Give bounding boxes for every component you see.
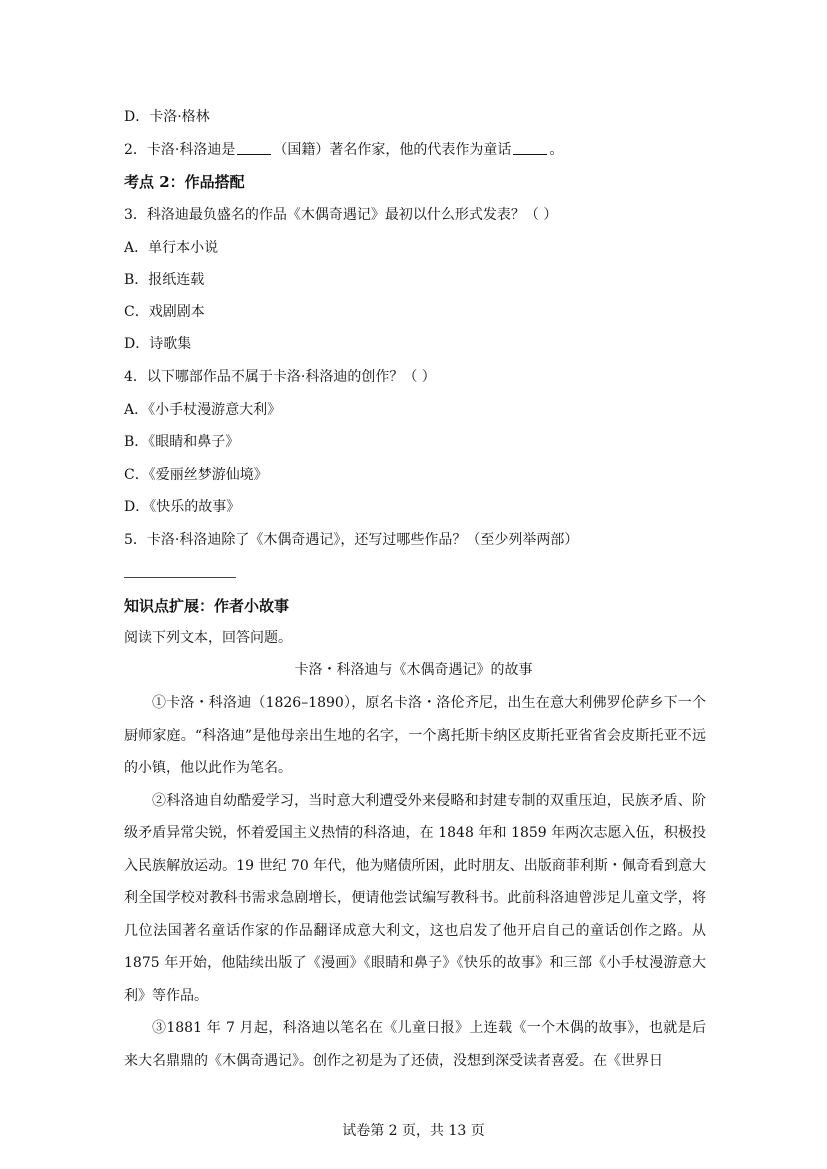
- q2-blank-nationality[interactable]: [237, 140, 271, 155]
- section-divider: [124, 577, 236, 578]
- q2-fill-blank: 2．卡洛·科洛迪是（国籍）著名作家，他的代表作为童话。: [124, 140, 563, 160]
- page-footer: 试卷第 2 页，共 13 页: [0, 1121, 827, 1141]
- article-body: ①卡洛・科洛迪（1826–1890），原名卡洛・洛伦齐尼，出生在意大利佛罗伦萨乡…: [124, 687, 706, 1077]
- section-heading-works: 考点 2：作品搭配: [124, 172, 245, 192]
- article-title: 卡洛・科洛迪与《木偶奇遇记》的故事: [0, 660, 827, 680]
- q2-suffix: 。: [549, 142, 563, 158]
- q3-option-b[interactable]: B．报纸连载: [124, 270, 204, 290]
- q4-option-b[interactable]: B．《眼睛和鼻子》: [124, 432, 239, 452]
- q2-prefix: 2．卡洛·科洛迪是: [124, 142, 235, 158]
- q5-question: 5．卡洛·科洛迪除了《木偶奇遇记》，还写过哪些作品？（至少列举两部）: [124, 530, 578, 550]
- q2-blank-work[interactable]: [513, 140, 547, 155]
- q4-question: 4．以下哪部作品不属于卡洛·科洛迪的创作？（ ）: [124, 367, 436, 387]
- q1-option-d: D．卡洛·格林: [124, 107, 210, 127]
- q3-question: 3．科洛迪最负盛名的作品《木偶奇遇记》最初以什么形式发表？（ ）: [124, 205, 557, 225]
- article-paragraph-2: ②科洛迪自幼酷爱学习，当时意大利遭受外来侵略和封建专制的双重压迫，民族矛盾、阶级…: [124, 785, 706, 1013]
- q4-option-c[interactable]: C．《爱丽丝梦游仙境》: [124, 465, 268, 485]
- q4-option-a[interactable]: A．《小手杖漫游意大利》: [124, 400, 281, 420]
- article-paragraph-3: ③1881 年 7 月起，科洛迪以笔名在《儿童日报》上连载《一个木偶的故事》，也…: [124, 1012, 706, 1077]
- q4-option-d[interactable]: D．《快乐的故事》: [124, 497, 240, 517]
- section-heading-extension: 知识点扩展：作者小故事: [124, 596, 289, 616]
- reading-instruction: 阅读下列文本，回答问题。: [124, 628, 292, 648]
- article-paragraph-1: ①卡洛・科洛迪（1826–1890），原名卡洛・洛伦齐尼，出生在意大利佛罗伦萨乡…: [124, 687, 706, 785]
- q3-option-d[interactable]: D．诗歌集: [124, 334, 191, 354]
- q2-middle: （国籍）著名作家，他的代表作为童话: [273, 142, 511, 158]
- q3-option-a[interactable]: A．单行本小说: [124, 238, 218, 258]
- q3-option-c[interactable]: C．戏剧剧本: [124, 302, 205, 322]
- exam-page: D．卡洛·格林 2．卡洛·科洛迪是（国籍）著名作家，他的代表作为童话。 考点 2…: [0, 0, 827, 1169]
